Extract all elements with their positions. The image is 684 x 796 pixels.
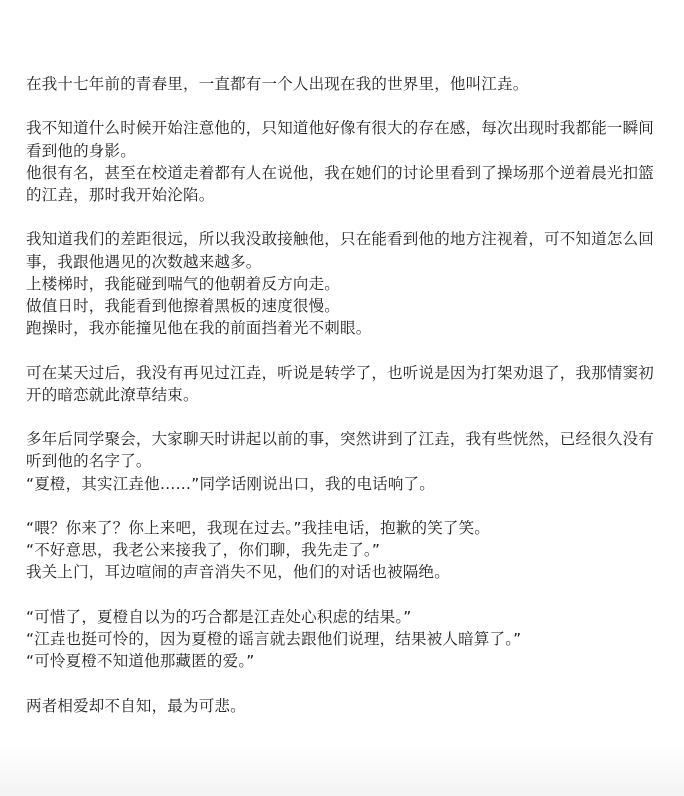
article-body: 在我十七年前的青春里，一直都有一个人出现在我的世界里，他叫江垚。 我不知道什么时… xyxy=(26,73,666,739)
paragraph-noticing: 我不知道什么时候开始注意他的，只知道他好像有很大的存在感，每次出现时我都能一瞬间… xyxy=(26,117,666,206)
text-line: 多年后同学聚会，大家聊天时讲起以前的事，突然讲到了江垚，我有些恍然，已经很久没有… xyxy=(26,428,666,472)
text-line: 他很有名，甚至在校道走着都有人在说他，我在她们的讨论里看到了操场那个逆着晨光扣篮… xyxy=(26,162,666,206)
paragraph-revelation: “可惜了，夏橙自以为的巧合都是江垚处心积虑的结果。” “江垚也挺可怜的，因为夏橙… xyxy=(26,606,666,673)
text-line: “江垚也挺可怜的，因为夏橙的谣言就去跟他们说理，结果被人暗算了。” xyxy=(26,628,666,650)
paragraph-conclusion: 两者相爱却不自知，最为可悲。 xyxy=(26,695,666,717)
paragraph-intro: 在我十七年前的青春里，一直都有一个人出现在我的世界里，他叫江垚。 xyxy=(26,73,666,95)
paragraph-disappearance: 可在某天过后，我没有再见过江垚，听说是转学了，也听说是因为打架劝退了，我那情窦初… xyxy=(26,362,666,406)
text-line: 做值日时，我能看到他擦着黑板的速度很慢。 xyxy=(26,295,666,317)
text-line: 在我十七年前的青春里，一直都有一个人出现在我的世界里，他叫江垚。 xyxy=(26,73,666,95)
paragraph-reunion: 多年后同学聚会，大家聊天时讲起以前的事，突然讲到了江垚，我有些恍然，已经很久没有… xyxy=(26,428,666,495)
text-line: “喂？你来了？你上来吧，我现在过去。”我挂电话，抱歉的笑了笑。 xyxy=(26,517,666,539)
text-line: 两者相爱却不自知，最为可悲。 xyxy=(26,695,666,717)
paragraph-distance: 我知道我们的差距很远，所以我没敢接触他，只在能看到他的地方注视着，可不知道怎么回… xyxy=(26,228,666,339)
text-line: 我不知道什么时候开始注意他的，只知道他好像有很大的存在感，每次出现时我都能一瞬间… xyxy=(26,117,666,161)
text-line: 我知道我们的差距很远，所以我没敢接触他，只在能看到他的地方注视着，可不知道怎么回… xyxy=(26,228,666,272)
text-line: “可惜了，夏橙自以为的巧合都是江垚处心积虑的结果。” xyxy=(26,606,666,628)
text-line: 我关上门，耳边喧闹的声音消失不见，他们的对话也被隔绝。 xyxy=(26,561,666,583)
text-line: 上楼梯时，我能碰到喘气的他朝着反方向走。 xyxy=(26,273,666,295)
text-line: 可在某天过后，我没有再见过江垚，听说是转学了，也听说是因为打架劝退了，我那情窦初… xyxy=(26,362,666,406)
text-line: 跑操时，我亦能撞见他在我的前面挡着光不刺眼。 xyxy=(26,317,666,339)
text-line: “可怜夏橙不知道他那藏匿的爱。” xyxy=(26,650,666,672)
text-line: “夏橙，其实江垚他……”同学话刚说出口，我的电话响了。 xyxy=(26,473,666,495)
text-line: “不好意思，我老公来接我了，你们聊，我先走了。” xyxy=(26,539,666,561)
paragraph-phone-call: “喂？你来了？你上来吧，我现在过去。”我挂电话，抱歉的笑了笑。 “不好意思，我老… xyxy=(26,517,666,584)
